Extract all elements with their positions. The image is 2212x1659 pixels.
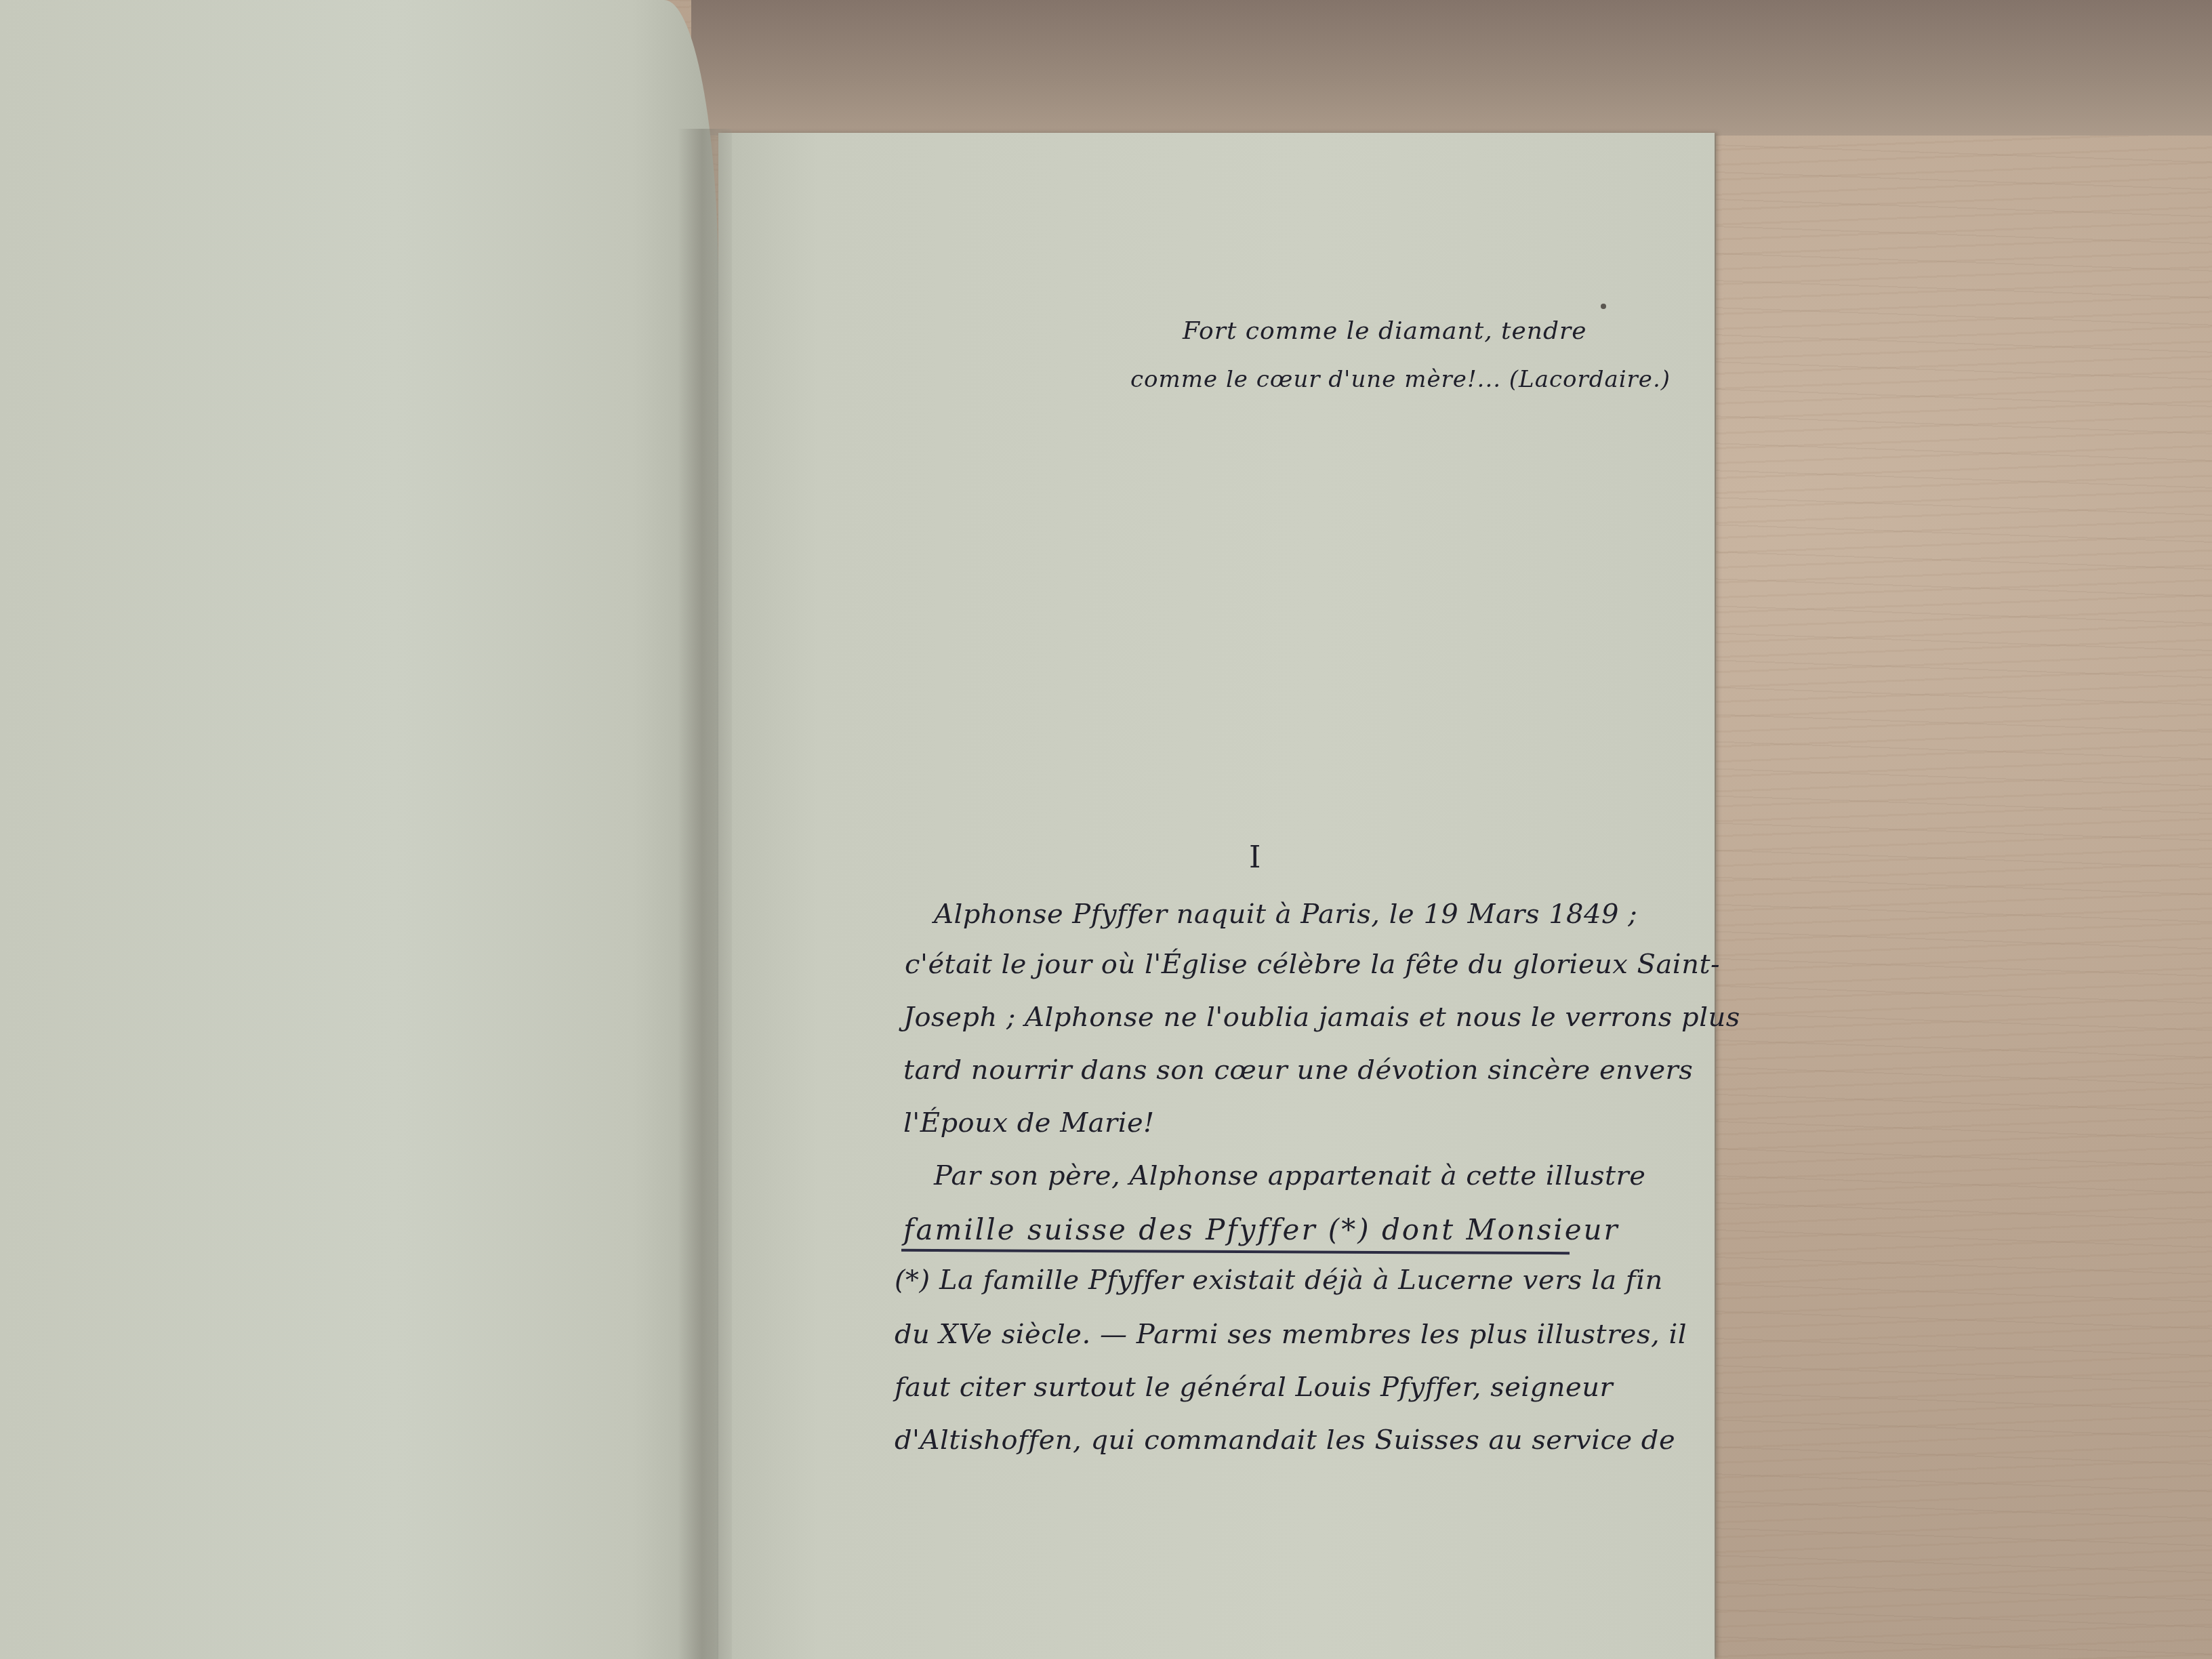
body-line: c'était le jour où l'Église célèbre la f… — [905, 949, 1720, 980]
body-line: Joseph ; Alphonse ne l'oublia jamais et … — [903, 1002, 1740, 1033]
footnote-line: d'Altishoffen, qui commandait les Suisse… — [895, 1425, 1675, 1456]
left-page-blank — [0, 0, 718, 1659]
footnote-line: (*) La famille Pfyffer existait déjà à L… — [895, 1265, 1663, 1296]
epigraph-line-1: Fort comme le diamant, tendre — [1183, 317, 1587, 345]
table-shadow — [691, 0, 2212, 136]
footnote-line: du XVe siècle. — Parmi ses membres les p… — [895, 1319, 1687, 1350]
footnote-line: faut citer surtout le général Louis Pfyf… — [895, 1372, 1613, 1403]
ink-speck — [1601, 304, 1606, 309]
epigraph-line-2: comme le cœur d'une mère!... (Lacordaire… — [1130, 366, 1671, 393]
body-line: l'Époux de Marie! — [903, 1107, 1155, 1139]
body-line: tard nourrir dans son cœur une dévotion … — [903, 1054, 1693, 1086]
book-gutter — [678, 129, 732, 1659]
body-line: Par son père, Alphonse appartenait à cet… — [934, 1160, 1645, 1191]
chapter-number: I — [1249, 840, 1261, 875]
body-line: Alphonse Pfyffer naquit à Paris, le 19 M… — [934, 899, 1637, 930]
body-line: famille suisse des Pfyffer (*) dont Mons… — [903, 1213, 1620, 1246]
